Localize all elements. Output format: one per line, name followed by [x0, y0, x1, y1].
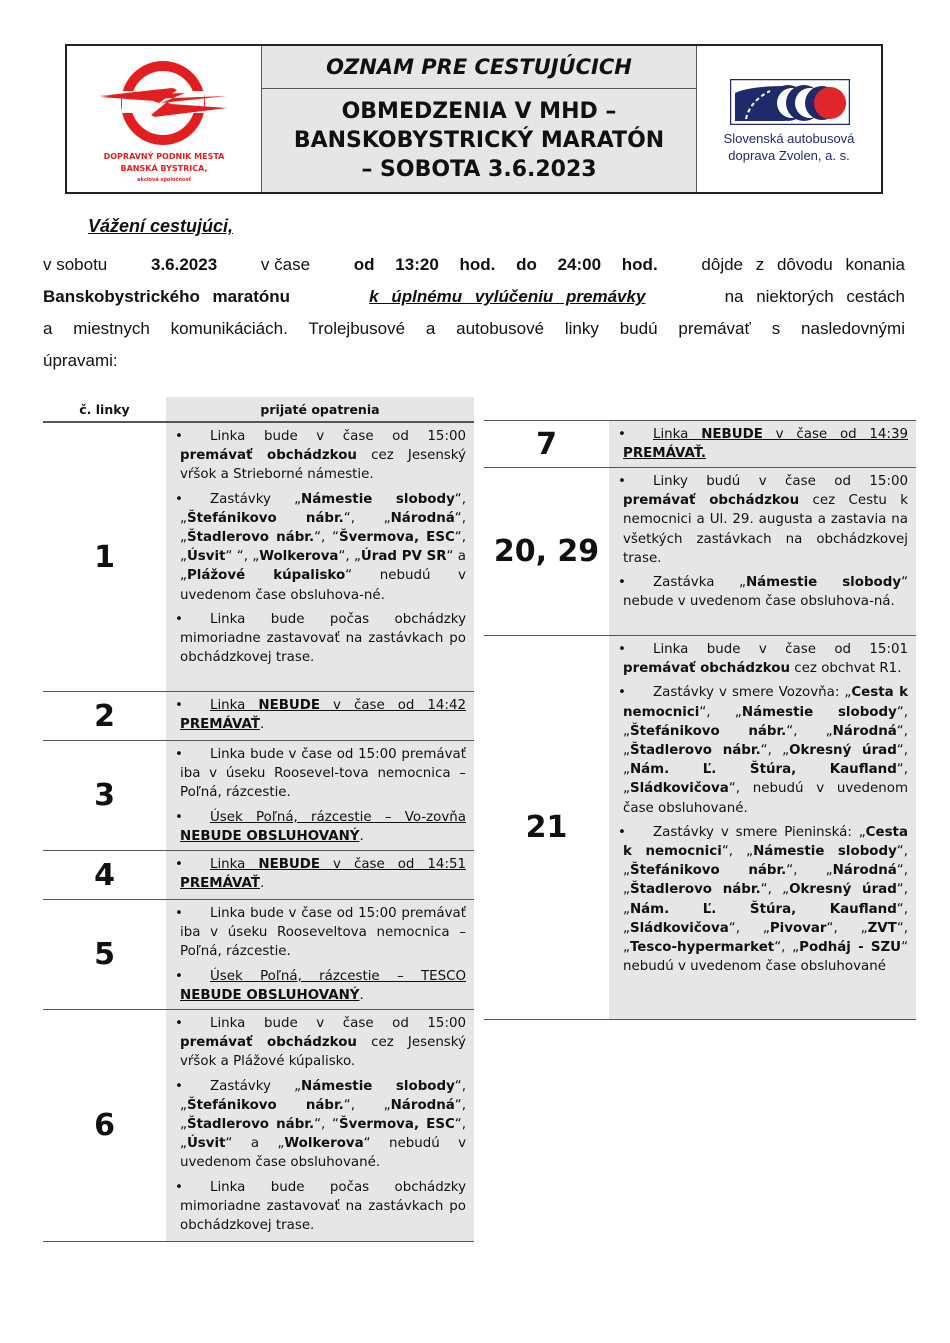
event-time-range: od 13:20 hod. do 24:00 hod. [354, 255, 658, 275]
measures-cell: •Linka NEBUDE v čase od 14:51 PREMÁVAŤ. [166, 851, 474, 899]
intro-text: v čase [261, 255, 310, 275]
measure-item: •Linka NEBUDE v čase od 14:39 PREMÁVAŤ. [623, 425, 908, 463]
measures-cell: •Linka bude v čase od 15:00 premávať iba… [166, 900, 474, 1009]
measure-item: •Linka bude v čase od 15:00 premávať iba… [180, 745, 466, 803]
measure-item: •Linka bude v čase od 15:00 premávať obc… [180, 1014, 466, 1072]
bullet-icon: • [175, 696, 183, 715]
line-number: 3 [43, 741, 166, 850]
intro-line-1: v sobotu 3.6.2023 v čase od 13:20 hod. d… [43, 255, 905, 275]
measures-cell: •Linka bude v čase od 15:00 premávať obc… [166, 1010, 474, 1241]
sad-name-line1: Slovenská autobusová [697, 130, 881, 147]
measure-item: •Linka bude počas obchádzky mimoriadne z… [180, 610, 466, 668]
greeting: Vážení cestujúci, [88, 216, 233, 237]
measure-item: •Zastávky v smere Pieninská: „Cesta k ne… [623, 823, 908, 977]
bullet-icon: • [175, 1014, 183, 1033]
bullet-icon: • [175, 427, 183, 446]
line-number: 20, 29 [484, 468, 609, 635]
event-date: 3.6.2023 [151, 255, 217, 275]
measure-item: •Zastávky v smere Vozovňa: „Cesta k nemo… [623, 683, 908, 817]
dpmbb-name-line2: BANSKÁ BYSTRICA, [67, 164, 261, 173]
measure-item: •Linka NEBUDE v čase od 14:42 PREMÁVAŤ. [180, 696, 466, 734]
bullet-icon: • [618, 573, 626, 592]
intro-text: v sobotu [43, 255, 107, 275]
bullet-icon: • [618, 425, 626, 444]
sad-zvolen-logo-icon [730, 79, 850, 125]
traffic-closure-text: k úplnému vylúčeniu premávky [369, 287, 645, 307]
bullet-icon: • [618, 472, 626, 491]
measure-item: •Zastávka „Námestie slobody“ nebude v uv… [623, 573, 908, 611]
intro-text: na niektorých cestách [725, 287, 905, 307]
event-name: Banskobystrického maratónu [43, 287, 290, 307]
sad-name-line2: doprava Zvolen, a. s. [697, 147, 881, 164]
bullet-icon: • [175, 904, 183, 923]
table-row: 5•Linka bude v čase od 15:00 premávať ib… [43, 900, 474, 1010]
line-number: 1 [43, 423, 166, 691]
dpmbb-name-line1: DOPRAVNÝ PODNIK MESTA [67, 152, 261, 161]
bullet-icon: • [175, 855, 183, 874]
bullet-icon: • [175, 1178, 183, 1197]
table-row: 1•Linka bude v čase od 15:00 premávať ob… [43, 422, 474, 692]
header-title-block: OZNAM PRE CESTUJÚCICH OBMEDZENIA V MHD –… [262, 46, 697, 192]
intro-line-3: a miestnych komunikáciách. Trolejbusové … [43, 319, 905, 339]
bullet-icon: • [618, 683, 626, 702]
bullet-icon: • [618, 823, 626, 842]
measure-item: •Linka NEBUDE v čase od 14:51 PREMÁVAŤ. [180, 855, 466, 893]
bullet-icon: • [175, 967, 183, 986]
measure-item: •Linka bude v čase od 15:00 premávať iba… [180, 904, 466, 962]
notice-title: OZNAM PRE CESTUJÚCICH [262, 46, 696, 89]
measures-cell: •Linka bude v čase od 15:00 premávať obc… [166, 423, 474, 691]
measure-item: •Úsek Poľná, rázcestie – Vo-zovňa NEBUDE… [180, 808, 466, 846]
table-row: 2•Linka NEBUDE v čase od 14:42 PREMÁVAŤ. [43, 692, 474, 741]
table-row: 3•Linka bude v čase od 15:00 premávať ib… [43, 741, 474, 851]
column-header-line: č. linky [43, 397, 166, 421]
line-number: 2 [43, 692, 166, 740]
line-number: 5 [43, 900, 166, 1009]
intro-line-4: úpravami: [43, 351, 905, 371]
bullet-icon: • [175, 808, 183, 827]
bullet-icon: • [175, 745, 183, 764]
dpmbb-logo: DOPRAVNÝ PODNIK MESTA BANSKÁ BYSTRICA, a… [67, 46, 262, 192]
measure-item: •Linka bude v čase od 15:00 premávať obc… [180, 427, 466, 485]
notice-subtitle: OBMEDZENIA V MHD – BANSKOBYSTRICKÝ MARAT… [262, 89, 696, 192]
table-row: 4•Linka NEBUDE v čase od 14:51 PREMÁVAŤ. [43, 851, 474, 900]
bullet-icon: • [175, 490, 183, 509]
measures-cell: •Linky budú v čase od 15:00 premávať obc… [609, 468, 916, 635]
measures-cell: •Linka bude v čase od 15:01 premávať obc… [609, 636, 916, 1019]
measures-cell: •Linka bude v čase od 15:00 premávať iba… [166, 741, 474, 850]
column-header-measures: prijaté opatrenia [166, 397, 474, 421]
measures-cell: •Linka NEBUDE v čase od 14:39 PREMÁVAŤ. [609, 421, 916, 467]
measures-cell: •Linka NEBUDE v čase od 14:42 PREMÁVAŤ. [166, 692, 474, 740]
bullet-icon: • [175, 1077, 183, 1096]
line-number: 21 [484, 636, 609, 1019]
sad-zvolen-logo: Slovenská autobusová doprava Zvolen, a. … [697, 46, 881, 192]
notice-header: DOPRAVNÝ PODNIK MESTA BANSKÁ BYSTRICA, a… [65, 44, 883, 194]
table-row: 6•Linka bude v čase od 15:00 premávať ob… [43, 1010, 474, 1242]
measure-item: •Linky budú v čase od 15:00 premávať obc… [623, 472, 908, 568]
bullet-icon: • [618, 640, 626, 659]
measure-item: •Zastávky „Námestie slobody“, „Štefániko… [180, 490, 466, 605]
table-row: 7•Linka NEBUDE v čase od 14:39 PREMÁVAŤ. [484, 420, 916, 468]
line-number: 4 [43, 851, 166, 899]
bullet-icon: • [175, 610, 183, 629]
intro-text: dôjde z dôvodu konania [701, 255, 905, 275]
table-header: č. linky prijaté opatrenia [43, 397, 474, 422]
measure-item: •Zastávky „Námestie slobody“, „Štefániko… [180, 1077, 466, 1173]
measure-item: •Linka bude počas obchádzky mimoriadne z… [180, 1178, 466, 1236]
measure-item: •Linka bude v čase od 15:01 premávať obc… [623, 640, 908, 678]
line-number: 7 [484, 421, 609, 467]
dpmbb-name-line3: akciová spoločnosť [67, 177, 261, 183]
table-row: 20, 29•Linky budú v čase od 15:00 premáv… [484, 468, 916, 636]
table-row: 21•Linka bude v čase od 15:01 premávať o… [484, 636, 916, 1020]
intro-line-2: Banskobystrického maratónu k úplnému vyl… [43, 287, 905, 307]
measure-item: •Úsek Poľná, rázcestie – TESCO NEBUDE OB… [180, 967, 466, 1005]
line-number: 6 [43, 1010, 166, 1241]
